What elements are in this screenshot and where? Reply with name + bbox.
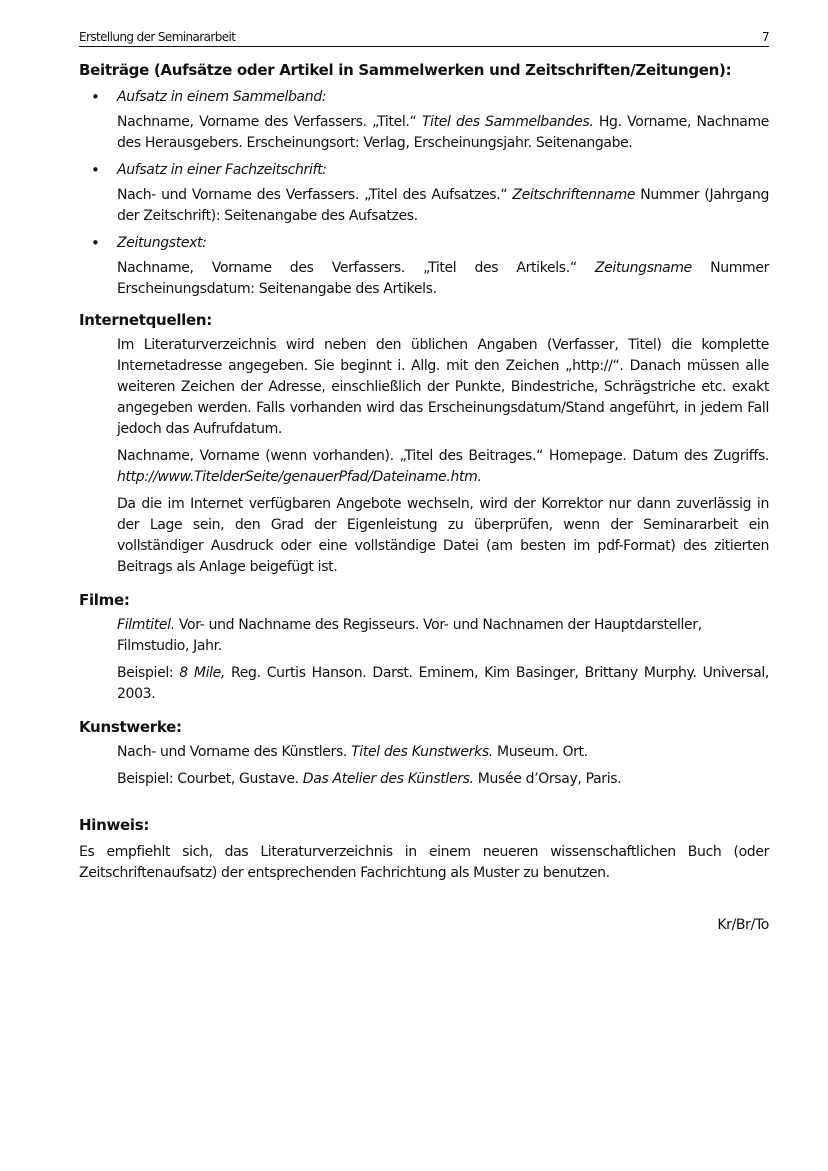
- list-item-fachzeitschrift: • Aufsatz in einer Fachzeitschrift: Nach…: [79, 160, 769, 227]
- citation-title: Das Atelier des Künstlers.: [303, 771, 474, 787]
- citation-text: Musée d’Orsay, Paris.: [474, 771, 622, 787]
- section-heading-internetquellen: Internetquellen:: [79, 310, 769, 331]
- bullet-icon: •: [91, 233, 105, 254]
- citation-title: Filmtitel.: [117, 617, 175, 633]
- section-beitraege: Beiträge (Aufsätze oder Artikel in Samme…: [79, 60, 769, 300]
- paragraph-internet-intro: Im Literaturverzeichnis wird neben den ü…: [117, 335, 769, 440]
- section-kunstwerke: Kunstwerke: Nach- und Vorname des Künstl…: [79, 717, 769, 790]
- header-title: Erstellung der Seminararbeit: [79, 30, 235, 45]
- citation-text: Nachname, Vorname (wenn vorhanden). „Tit…: [117, 448, 769, 464]
- list-item-label: Aufsatz in einer Fachzeitschrift:: [117, 162, 327, 178]
- citation-text: Nach- und Vorname des Verfassers. „Titel…: [117, 187, 512, 203]
- section-hinweis: Hinweis: Es empfiehlt sich, das Literatu…: [79, 815, 769, 884]
- citation-text: Museum. Ort.: [493, 744, 588, 760]
- citation-title: Titel des Kunstwerks.: [351, 744, 493, 760]
- paragraph-internet-note: Da die im Internet verfügbaren Angebote …: [117, 494, 769, 578]
- section-internetquellen: Internetquellen: Im Literaturverzeichnis…: [79, 310, 769, 578]
- section-filme: Filme: Filmtitel. Vor- und Nachname des …: [79, 590, 769, 705]
- citation-text: Beispiel: Courbet, Gustave.: [117, 771, 303, 787]
- bullet-icon: •: [91, 160, 105, 181]
- page-number: 7: [762, 30, 769, 45]
- paragraph-film-pattern: Filmtitel. Vor- und Nachname des Regisse…: [117, 615, 769, 657]
- citation-title: Titel des Sammelbandes.: [422, 114, 594, 130]
- example-url: http://www.TitelderSeite/genauerPfad/Dat…: [117, 469, 482, 485]
- section-heading-kunstwerke: Kunstwerke:: [79, 717, 769, 738]
- list-item-label: Aufsatz in einem Sammelband:: [117, 89, 326, 105]
- citation-text: Vor- und Nachname des Regisseurs. Vor- u…: [117, 617, 702, 654]
- citation-text: Nach- und Vorname des Künstlers.: [117, 744, 351, 760]
- citation-text: Nachname, Vorname des Verfassers. „Titel…: [117, 114, 422, 130]
- citation-text: Beispiel:: [117, 665, 179, 681]
- section-heading-beitraege: Beiträge (Aufsätze oder Artikel in Samme…: [79, 60, 769, 81]
- paragraph-hinweis: Es empfiehlt sich, das Literaturverzeich…: [79, 842, 769, 884]
- section-heading-hinweis: Hinweis:: [79, 815, 769, 836]
- citation-title: Zeitungsname: [595, 260, 692, 276]
- list-item-sammelband: • Aufsatz in einem Sammelband: Nachname,…: [79, 87, 769, 154]
- list-item-label: Zeitungstext:: [117, 235, 207, 251]
- list-item-body: Nachname, Vorname des Verfassers. „Titel…: [117, 258, 769, 300]
- list-item-body: Nach- und Vorname des Verfassers. „Titel…: [117, 185, 769, 227]
- running-header: Erstellung der Seminararbeit 7: [79, 30, 769, 47]
- citation-title: 8 Mile,: [179, 665, 225, 681]
- bullet-icon: •: [91, 87, 105, 108]
- paragraph-art-example: Beispiel: Courbet, Gustave. Das Atelier …: [117, 769, 769, 790]
- paragraph-internet-example: Nachname, Vorname (wenn vorhanden). „Tit…: [117, 446, 769, 488]
- paragraph-film-example: Beispiel: 8 Mile, Reg. Curtis Hanson. Da…: [117, 663, 769, 705]
- citation-text: Nachname, Vorname des Verfassers. „Titel…: [117, 260, 595, 276]
- list-item-body: Nachname, Vorname des Verfassers. „Titel…: [117, 112, 769, 154]
- document-page: Erstellung der Seminararbeit 7 Beiträge …: [79, 30, 769, 936]
- citation-title: Zeitschriftenname: [512, 187, 635, 203]
- author-initials: Kr/Br/To: [79, 915, 769, 936]
- section-heading-filme: Filme:: [79, 590, 769, 611]
- paragraph-art-pattern: Nach- und Vorname des Künstlers. Titel d…: [117, 742, 769, 763]
- list-item-zeitungstext: • Zeitungstext: Nachname, Vorname des Ve…: [79, 233, 769, 300]
